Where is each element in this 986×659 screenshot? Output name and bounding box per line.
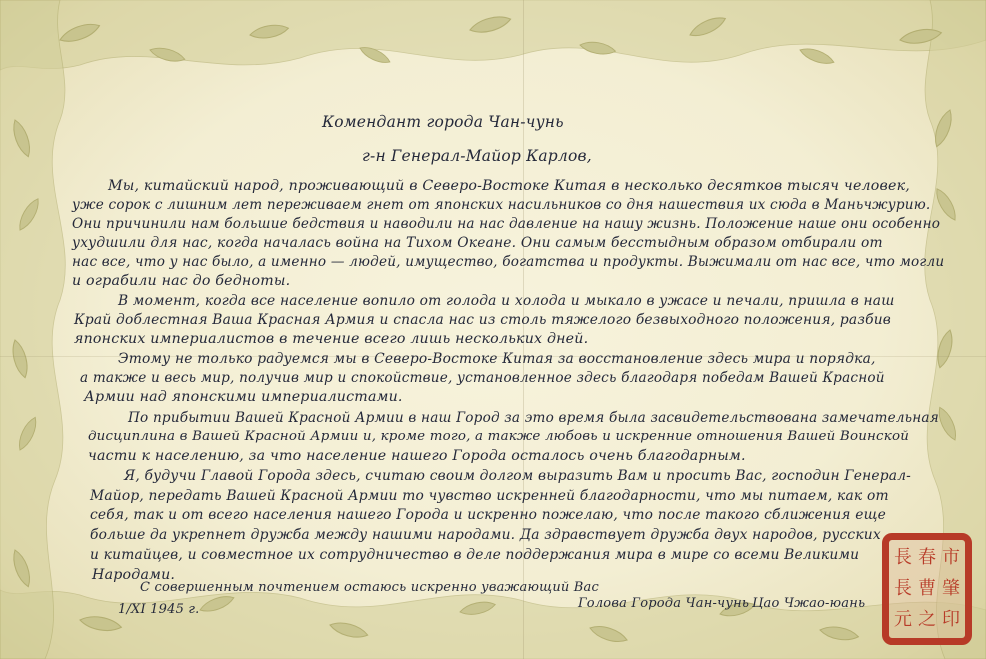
seal-character: 元 — [894, 611, 912, 629]
body-line: В момент, когда все население вопило от … — [118, 293, 895, 309]
body-line: уже сорок с лишним лет переживаем гнет о… — [72, 197, 930, 213]
seal-character: 長 — [894, 580, 912, 598]
body-line: и китайцев, и совместное их сотрудничест… — [90, 547, 859, 563]
body-line: нас все, что у нас было, а именно — люде… — [72, 254, 944, 270]
body-line: Они причинили нам большие бедствия и нав… — [72, 216, 940, 232]
seal-character: 印 — [942, 611, 960, 629]
signature-name: Цао Чжао-юань — [752, 596, 865, 611]
body-line: По прибытии Вашей Красной Армии в наш Го… — [128, 410, 939, 426]
heading-addressee: Комендант города Чан-чунь — [322, 113, 564, 131]
body-line: больше да укрепнет дружба между нашими н… — [90, 527, 881, 543]
seal-character: 之 — [918, 611, 936, 629]
body-line: и ограбили нас до бедноты. — [72, 273, 290, 289]
seal-character: 市 — [942, 549, 960, 567]
letter-text: Комендант города Чан-чунь г-н Генерал-Ма… — [0, 0, 986, 659]
letter-page: Комендант города Чан-чунь г-н Генерал-Ма… — [0, 0, 986, 659]
seal-character: 長 — [894, 549, 912, 567]
body-line: себя, так и от всего населения нашего Го… — [90, 507, 886, 523]
signature-title: Голова Города Чан-чунь — [578, 596, 749, 611]
body-line: Край доблестная Ваша Красная Армия и спа… — [74, 312, 891, 328]
red-seal-stamp: 長 春 市 長 曹 肇 元 之 印 — [882, 533, 972, 645]
body-line: дисциплина в Вашей Красной Армии и, кром… — [88, 429, 909, 444]
body-line: Майор, передать Вашей Красной Армии то ч… — [90, 488, 889, 504]
seal-character: 春 — [918, 549, 936, 567]
body-line: ухудшили для нас, когда началась война н… — [72, 235, 883, 251]
body-line: Мы, китайский народ, проживающий в Север… — [108, 178, 910, 194]
body-line: а также и весь мир, получив мир и спокой… — [80, 370, 885, 386]
heading-rank-name: г-н Генерал-Майор Карлов, — [362, 147, 592, 165]
body-line: Этому не только радуемся мы в Северо-Вос… — [118, 351, 876, 367]
seal-character: 肇 — [942, 580, 960, 598]
closing-salutation: С совершенным почтением остаюсь искренно… — [140, 580, 599, 595]
seal-character: 曹 — [918, 580, 936, 598]
body-line: Армии над японскими империалистами. — [84, 389, 403, 405]
body-line: японских империалистов в течение всего л… — [74, 331, 588, 347]
body-line: Я, будучи Главой Города здесь, считаю св… — [124, 468, 911, 484]
date: 1/XI 1945 г. — [118, 602, 200, 617]
body-line: части к населению, за что население наше… — [88, 448, 746, 464]
